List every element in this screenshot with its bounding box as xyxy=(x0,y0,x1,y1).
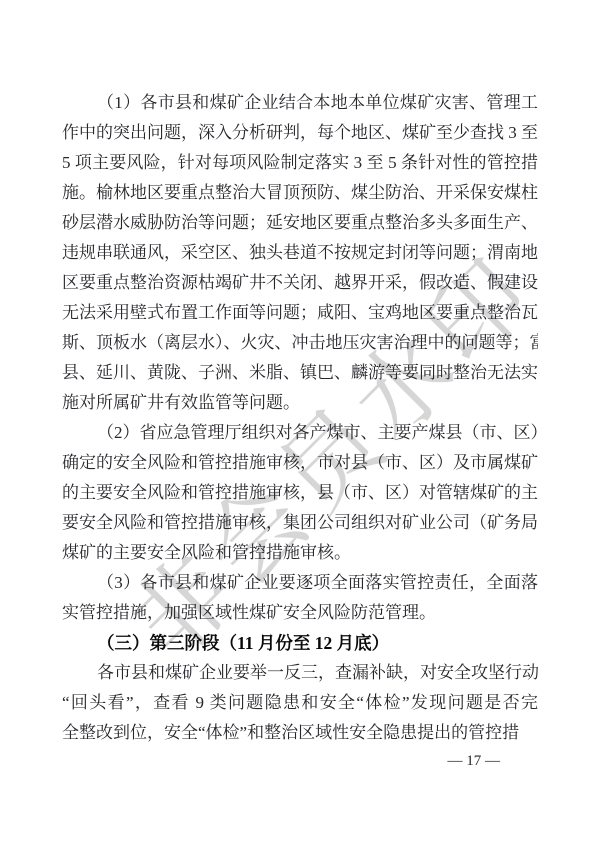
text-line: （2）省应急管理厅组织对各产煤市、主要产煤县（市、区） xyxy=(62,418,538,448)
text-line: 区要重点整治资源枯竭矿井不关闭、越界开采，假改造、假建设、 xyxy=(62,268,538,298)
text-line: 作中的突出问题，深入分析研判，每个地区、煤矿至少查找 3 至 xyxy=(62,118,538,148)
text-line: 斯、顶板水（离层水）、火灾、冲击地压灾害治理中的问题等；富 xyxy=(62,328,538,358)
text-line: 施。榆林地区要重点整治大冒顶预防、煤尘防治、开采保安煤柱、 xyxy=(62,178,538,208)
text-line: 5 项主要风险，针对每项风险制定落实 3 至 5 条针对性的管控措 xyxy=(62,148,538,178)
text-line: 实管控措施，加强区域性煤矿安全风险防范管理。 xyxy=(62,598,538,628)
text-line: 砂层潜水威胁防治等问题；延安地区要重点整治多头多面生产、 xyxy=(62,208,538,238)
text-line: 确定的安全风险和管控措施审核，市对县（市、区）及市属煤矿 xyxy=(62,448,538,478)
text-line: 全整改到位，安全“体检”和整治区域性安全隐患提出的管控措 xyxy=(62,718,538,748)
text-line: （3）各市县和煤矿企业要逐项全面落实管控责任，全面落 xyxy=(62,568,538,598)
text-line: 的主要安全风险和管控措施审核，县（市、区）对管辖煤矿的主 xyxy=(62,478,538,508)
text-line: 各市县和煤矿企业要举一反三，查漏补缺，对安全攻坚行动 xyxy=(62,658,538,688)
text-line: 县、延川、黄陇、子洲、米脂、镇巴、麟游等要同时整治无法实 xyxy=(62,358,538,388)
section-heading: （三）第三阶段（11 月份至 12 月底） xyxy=(62,628,538,658)
text-line: 要安全风险和管控措施审核，集团公司组织对矿业公司（矿务局）、 xyxy=(62,508,538,538)
text-line: （1）各市县和煤矿企业结合本地本单位煤矿灾害、管理工 xyxy=(62,88,538,118)
text-line: 煤矿的主要安全风险和管控措施审核。 xyxy=(62,538,538,568)
text-line: “回头看”，查看 9 类问题隐患和安全“体检”发现问题是否完 xyxy=(62,688,538,718)
text-line: 违规串联通风，采空区、独头巷道不按规定封闭等问题；渭南地 xyxy=(62,238,538,268)
text-line: 施对所属矿井有效监管等问题。 xyxy=(62,388,538,418)
text-line: 无法采用壁式布置工作面等问题；咸阳、宝鸡地区要重点整治瓦 xyxy=(62,298,538,328)
page-number: — 17 — xyxy=(448,751,501,771)
document-body: （1）各市县和煤矿企业结合本地本单位煤矿灾害、管理工作中的突出问题，深入分析研判… xyxy=(62,88,538,748)
document-page: 非会员水印 （1）各市县和煤矿企业结合本地本单位煤矿灾害、管理工作中的突出问题，… xyxy=(0,0,600,848)
